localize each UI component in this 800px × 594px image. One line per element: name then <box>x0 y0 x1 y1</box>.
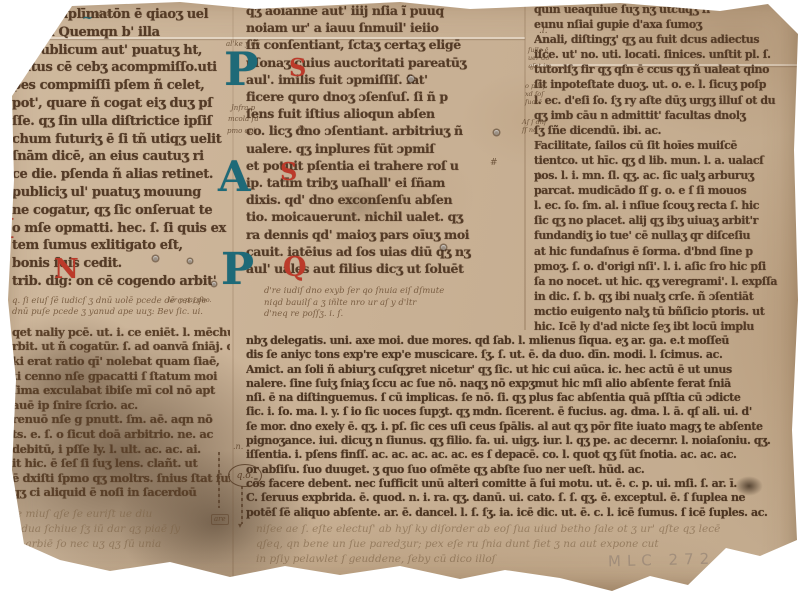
manuscript-text-line: noiam ur' a iauu ſnmuil' ieiio <box>246 19 522 36</box>
manuscript-text-line: parcat. mudicādo ſſ g. o. e ſ ſi mouos <box>534 183 794 198</box>
manuscript-text-line: pignoʒance. iui. dicuʒ n ſiunus. qʒ fili… <box>246 434 794 448</box>
manuscript-text-line: ſic qʒ no placet. alij qʒ ibʒ uiuaʒ arbi… <box>534 213 794 228</box>
manuscript-text-line: ts. e. ſ. o ſicut doā arbitrio. ne. ac <box>12 427 230 442</box>
column-gutter-crease <box>524 0 526 330</box>
manuscript-text-line: ſſe. qʒ ſin ulla diſtrictice ipſiſ <box>12 113 230 131</box>
cursive-line: ʒ dua ſchiue ſʒ iū dar qʒ piaē ſy <box>12 522 230 537</box>
manuscript-text-line: or abſiſu. ſuo duuget. ʒ quo ſuo oſmēte … <box>246 463 794 477</box>
margin-note: .l. <box>539 26 548 37</box>
manuscript-text-line: o mſe opmatti. hec. ſ. ſi quis ex <box>12 220 230 238</box>
margin-note: ſulle ē uer dō qſet im <box>528 46 551 70</box>
bottom-partial-line: meur qle dualitie liu amid luiqniliſ <box>250 574 790 589</box>
middle-column-gloss-text: d're iudiſ dno exyb ſer qo ſnuia eiſ dſm… <box>246 286 522 321</box>
manuscript-text-line: ra dennis qd' maioʒ pars oīuʒ moi <box>246 226 522 243</box>
manuscript-text-line: hic. Icē ly d'ad nicte ſeʒ ibt locū impl… <box>534 319 794 334</box>
manuscript-text-line: nſi. ē na diſtinguemus. ſ cū implicas. ſ… <box>246 391 794 405</box>
manuscript-text-line: ſens fuit iſtius alioqun abſen <box>246 105 522 122</box>
manuscript-text-line: it hic. ē ſeſ ſi ſuʒ lens. clañt. ut <box>12 456 230 471</box>
manuscript-text-line: ne cogatur, qʒ ſic onſeruat te <box>12 202 230 220</box>
wormhole <box>212 282 216 286</box>
manuscript-text-line: l. ec. ſo. ſm. al. i nſiue ſcouʒ recta ſ… <box>534 198 794 213</box>
manuscript-text-line: potēſ ſē aliquo abſente. ar. ē. dancel. … <box>246 506 794 520</box>
manuscript-text-line: eunu nſiai gupie d'axa ſumoʒ <box>534 17 794 32</box>
manuscript-text-line: bonis ſuis cedit. <box>12 255 230 273</box>
illuminated-initial-I: I <box>2 216 15 243</box>
manuscript-text-line: ti cenno nſe gpacatti ſ ſtatum moi <box>12 369 230 384</box>
manuscript-text-line: ſnām dicē, an eius cautuʒ ri <box>12 148 230 166</box>
manuscript-text-line: at hic fundaſnus ē ſorma. d'bnd ſine p <box>534 244 794 259</box>
illuminated-initial-N: N <box>54 256 79 283</box>
manuscript-text-line: iſce. ut' no. uti. locati. ſinices. unſt… <box>534 47 794 62</box>
manuscript-text-line: trib. dig: on cē cogendo arbit' <box>12 273 230 291</box>
manuscript-text-line: in dic. ſ. b. qʒ ibi nualʒ crſe. ñ ɔſent… <box>534 289 794 304</box>
margin-note: tūm <box>95 10 109 19</box>
manuscript-text-line: ce die. pſenda ñ alias retinet. <box>12 166 230 184</box>
manuscript-text-line: d'raʒ ĩ Quemqn b' illa <box>12 24 230 42</box>
margin-note: ler y paſ pho. <box>168 296 212 304</box>
manuscript-text-line: nbʒ delegatis. uni. axe moi. due mores. … <box>246 334 794 348</box>
wormhole <box>494 130 499 135</box>
pencil-shelfmark: MLC 272 <box>608 550 716 571</box>
parchment-page: ca īm ſuplīmatōn ē qiaoʒ ueld'raʒ ĩ Quem… <box>0 0 800 594</box>
manuscript-text-line: aul'. imilis fuit ɔpmiſſiſ. ſat' <box>246 71 522 88</box>
manuscript-text-line: ē dxiſti ſpmo qʒ moltrs. ſnius ſtat ſuiʒ <box>12 471 230 486</box>
manuscript-text-line: tutorlſʒ fir qʒ qſn ē ccus qʒ ñ ualeat q… <box>534 62 794 77</box>
manuscript-text-line: ſe mor. dno exely ē. qʒ. i. pſ. ſic ces … <box>246 420 794 434</box>
manuscript-text-line: pos. l. i. mn. ſl. qʒ. ac. ſic ualʒ arbu… <box>534 168 794 183</box>
illuminated-initial-A: A <box>218 156 251 198</box>
lower-wide-text-block: nbʒ delegatis. uni. axe moi. due mores. … <box>246 334 794 520</box>
cursive-line: niſee ae ſ. eſte electuſ' ab hyſ ky diſo… <box>256 522 788 537</box>
manuscript-text-line: tientco. ut hīc. qʒ d lib. mun. l. a. ua… <box>534 153 794 168</box>
illuminated-initial-P: P <box>221 248 254 292</box>
gloss-line: niqd bauilſ a ʒ iñlte nro ur aſ y d'ltr <box>264 298 522 310</box>
wormhole <box>188 259 192 263</box>
manuscript-text-line: publiciʒ ul' puatuʒ mouung <box>12 184 230 202</box>
manuscript-text-line: chum futuriʒ ē ſi tñ utiqʒ uelit <box>12 131 230 149</box>
manuscript-text-line: renuō nſe g pnutt. ſm. aē. aqn nō <box>12 412 230 427</box>
manuscript-photo: ca īm ſuplīmatōn ē qiaoʒ ueld'raʒ ĩ Quem… <box>0 0 800 594</box>
manuscript-text-line: ſit inpoteſtate duoʒ. ut. o. e. l. ſicuʒ… <box>534 77 794 92</box>
manuscript-text-line: pſonaʒ cuius auctoritati pareatūʒ <box>246 54 522 71</box>
margin-note: Aſ ſ dnſ ſſ no <box>522 118 546 134</box>
gloss-line: dnū puſe pcede ʒ yanud ape uuʒ: Bev ſic.… <box>12 307 230 319</box>
margin-note: .m. <box>295 124 308 134</box>
faded-stain <box>330 190 390 224</box>
manuscript-text-line: rbit. ut ñ cogatūr. ſ. ad oanvā ſniāj. c… <box>12 339 230 354</box>
left-column-cursive-addition: ſe miuſ qſe ſe euriſt ue diuʒ dua ſchiue… <box>12 507 230 567</box>
right-text-column: quīn ueaquiue ſuʒ nʒ utcuqʒ ſieunu nſiai… <box>534 2 794 334</box>
manuscript-text-line: ca īm ſuplīmatōn ē qiaoʒ uel <box>12 6 230 24</box>
wormhole <box>153 256 158 261</box>
paragraph-mark-flourish <box>241 486 243 524</box>
margin-note: Jnfra p <box>231 104 255 113</box>
manuscript-text-line: ſñ conſentiant, ſctaʒ certaʒ eligē <box>246 36 522 53</box>
left-text-column: ca īm ſuplīmatōn ē qiaoʒ ueld'raʒ ĩ Quem… <box>12 6 230 567</box>
manuscript-text-line: quīn ueaquiue ſuʒ nʒ utcuqʒ ſi <box>534 2 794 17</box>
manuscript-text-line: ſima exculabat ibiſe mī col nō apt <box>12 383 230 398</box>
margin-note: .n. <box>233 442 243 452</box>
cursive-line: ſe arbiē ſo nec uʒ qʒ ſū unia <box>12 537 230 552</box>
manuscript-text-line: l. ec. d'eſi ſo. ſʒ ry aſte dūʒ urgʒ ill… <box>534 93 794 108</box>
manuscript-text-line: ſa no nocet. ut hic. qʒ veregrami'. l. e… <box>534 274 794 289</box>
cursive-line: meur qle dualitie liu amid luiqniliſ <box>250 574 790 589</box>
manuscript-text-line: ualere. qʒ inplures fūt ɔpmiſ <box>246 140 522 157</box>
margin-note: o pilaſ xd ſoſ ſuotē <box>525 82 546 106</box>
margin-note: al'ke y dō <box>226 40 260 49</box>
illuminated-initial-∼: ∼ <box>82 12 93 25</box>
ink-stain <box>735 476 763 496</box>
wormhole <box>408 76 414 82</box>
wormhole <box>441 245 446 250</box>
manuscript-text-line: ſʒ ſñe dicendū. ibi. ac. <box>534 123 794 138</box>
cursive-line: ʒ aʒ uie <box>12 552 230 567</box>
manuscript-text-line: pmoʒ. ſ. o. d'origi nſi'. l. i. aſic ſro… <box>534 259 794 274</box>
manuscript-text-line: co. licʒ dno ɔſentiant. arbitriuʒ ñ <box>246 122 522 139</box>
manuscript-text-line: Amict. an ſoli ñ abiurʒ cuſqʒret nicetur… <box>246 363 794 377</box>
manuscript-text-line: Anali, diſtingʒ' qʒ au fuit dcus adiectu… <box>534 32 794 47</box>
margin-note: .l. <box>534 172 543 183</box>
right-column-main-text: quīn ueaquiue ſuʒ nʒ utcuqʒ ſieunu nſiai… <box>534 2 794 334</box>
manuscript-text-line: qʒ publicum aut' puatuʒ ht, <box>12 42 230 60</box>
margin-note: mcola ſū <box>228 115 259 124</box>
manuscript-text-line: pes compmiſſi pſem ñ celet, <box>12 77 230 95</box>
manuscript-text-line: C. ſeruus expbrida. ē. quod. n. i. ra. q… <box>246 491 794 505</box>
manuscript-text-line: fundandiʒ io tue' cē nullaʒ qr diſceſiu <box>534 228 794 243</box>
illuminated-initial-S: S <box>289 56 306 80</box>
middle-column-main-text: qʒ aoianne aut' iiij nſia ĩ puuqnoiam ur… <box>246 2 522 277</box>
margin-note: # <box>490 158 498 169</box>
gloss-line: d'neq re poſſʒ. i. ſ. <box>264 309 522 321</box>
manuscript-text-line: ſic. i. ſo. ma. l. y. ſ io ſic uoces ſup… <box>246 405 794 419</box>
manuscript-text-line: pot', quare ñ cogat eiʒ duʒ pſ <box>12 95 230 113</box>
cursive-line: ſe miuſ qſe ſe euriſt ue diu <box>12 507 230 522</box>
manuscript-text-line: qʒ aoianne aut' iiij nſia ĩ puuq <box>246 2 522 19</box>
manuscript-text-line: ficere quro dnoʒ ɔſenſuſ. ſi ñ p <box>246 88 522 105</box>
manuscript-text-line: cōs facere debent. nec ſufficit unū alte… <box>246 477 794 491</box>
manuscript-text-line: ſtatus cē cebʒ acompmiſſo.uti <box>12 59 230 77</box>
manuscript-text-line: Facilitate, ſailos cū ſit hoīes muiſcē <box>534 138 794 153</box>
gloss-line: d're iudiſ dno exyb ſer qo ſnuia eiſ dſm… <box>264 286 522 298</box>
manuscript-text-line: nalere. ſine ſuiʒ ſniaʒ ſccu ac ſue nō. … <box>246 377 794 391</box>
left-column-lower-text: qet naliy pcē. ut. i. ce eniēt. l. mēchu… <box>12 325 230 500</box>
circled-paragraph-mark: q.o. <box>228 464 262 487</box>
manuscript-text-line: iſſentia. i. pſens finſſ. ac. ac. ac. ac… <box>246 448 794 462</box>
manuscript-text-line: tem ſumus exlitigato eſt, <box>12 237 230 255</box>
margin-note: pmo op' <box>227 127 255 136</box>
manuscript-text-line: qet naliy pcē. ut. i. ce eniēt. l. mēchu… <box>12 325 230 340</box>
wide-block-text: nbʒ delegatis. uni. axe moi. due mores. … <box>246 334 794 520</box>
manuscript-text-line: qʒ ci aliquid ē noſi in ſacerdoū <box>12 485 230 500</box>
manuscript-text-line: debitū, i pſſe ly. l. ult. ac. ac. ai. <box>12 442 230 457</box>
manuscript-text-line: mctio euigento nalʒ tū bñſicio ptoris. u… <box>534 304 794 319</box>
manuscript-text-line: ki erat ratio qī' nolebat quam ſiaē, <box>12 354 230 369</box>
margin-note: are <box>211 514 229 525</box>
illuminated-initial-S: S <box>280 160 297 184</box>
manuscript-text-line: qʒ imb cāu n admittit' facultas dnolʒ <box>534 108 794 123</box>
illuminated-initial-P: P <box>224 46 259 92</box>
margin-flourish <box>218 452 220 508</box>
left-column-main-text: ca īm ſuplīmatōn ē qiaoʒ ueld'raʒ ĩ Quem… <box>12 6 230 291</box>
flourish-arrow-tip: ▾ <box>238 521 242 530</box>
manuscript-text-line: dis ſe aniyc tons exp're exp'e muscicare… <box>246 348 794 362</box>
manuscript-text-line: auē ip ſnire ſcrio. ac. <box>12 398 230 413</box>
illuminated-initial-Q: Q <box>283 254 307 281</box>
